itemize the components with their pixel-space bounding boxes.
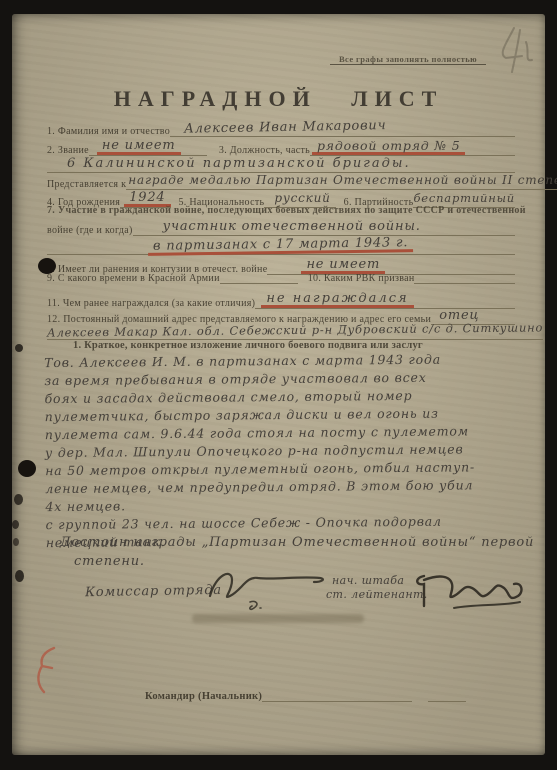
- rank-value: не имеет: [97, 139, 181, 155]
- field-row-name: 1. Фамилия имя и отчество Алексеев Иван …: [47, 118, 515, 137]
- field-row-army-rvk: 9. С какого времени в Красной Армии 10. …: [47, 271, 515, 284]
- nationality-value: русский: [274, 191, 330, 205]
- hole-punch: [38, 258, 56, 274]
- chief-of-staff-label: нач. штаба: [332, 574, 404, 587]
- name-value: Алексеев Иван Макарович: [170, 118, 387, 137]
- army-since-line: [220, 271, 298, 284]
- feat-line: пулемета сам. 9.6.44 года стоял на посту…: [45, 423, 469, 443]
- name-line: Алексеев Иван Макарович: [170, 118, 515, 137]
- feat-line: с группой 23 чел. на шоссе Себеж - Опочк…: [46, 514, 442, 533]
- duty-value: рядовой отряд № 5: [312, 140, 465, 156]
- field-row-address-2: Алексеев Макар Кал. обл. Себежский р-н Д…: [47, 321, 515, 340]
- presented-value: награде медалью Партизан Отечественной в…: [126, 173, 557, 187]
- paper-tear: [13, 538, 19, 546]
- commander-blank-line: [262, 690, 412, 702]
- feat-line: 4х немцев.: [45, 498, 125, 515]
- participation-line: участник отечественной войны.: [133, 217, 515, 236]
- feat-line: на 50 метров открыл пулеметный огонь, от…: [45, 459, 475, 479]
- feat-line: Тов. Алексеев И. М. в партизанах с марта…: [44, 352, 441, 371]
- feat-line: у дер. Мал. Шипули Опочецкого р-на подпу…: [45, 441, 464, 461]
- commissar-signature: [202, 562, 332, 614]
- partisan-since-line: в партизанах с 17 марта 1943 г.: [47, 235, 515, 255]
- army-since-label: 9. С какого времени в Красной Армии: [47, 273, 220, 284]
- participation-label-1: 7. Участие в гражданской войне, последую…: [47, 205, 526, 216]
- paper-tear: [12, 520, 19, 529]
- red-pencil-mark: [26, 642, 62, 696]
- paper-tear: [15, 570, 24, 582]
- feat-line: за время пребывания в отряде участвовал …: [44, 370, 426, 389]
- address-line-2: Алексеев Макар Кал. обл. Себежский р-н Д…: [47, 321, 543, 340]
- field-row-participation-1: 7. Участие в гражданской войне, последую…: [47, 205, 515, 216]
- brigade-value: 6 Калининской партизанской бригады.: [47, 156, 411, 171]
- feat-line: боях и засадах действовал смело, вторый …: [44, 388, 412, 407]
- rvk-label: 10. Каким РВК призван: [308, 273, 415, 284]
- partisan-since-value: в партизанах с 17 марта 1943 г.: [148, 236, 414, 256]
- rvk-line: [414, 271, 515, 284]
- merit-statement-1: Достоин награды „Партизан Отечественной …: [60, 535, 534, 550]
- award-sheet-scan: { "note": "Все графы заполнять полностью…: [0, 0, 557, 770]
- ghost-stamp: [192, 614, 364, 623]
- chief-of-staff-signature: [410, 566, 528, 622]
- party-value: беспартийный: [413, 191, 515, 205]
- fill-all-fields-note: Все графы заполнять полностью: [330, 54, 486, 65]
- merit-statement-2: степени.: [74, 554, 145, 569]
- commander-row: Командир (Начальник): [145, 690, 466, 702]
- address-value-2: Алексеев Макар Кал. обл. Себежский р-н Д…: [47, 320, 543, 339]
- field-row-participation-2: войне (где и когда) участник отечественн…: [47, 217, 515, 236]
- paper: Все графы заполнять полностью НАГРАДНОЙ …: [12, 14, 545, 755]
- commander-label: Командир (Начальник): [145, 691, 262, 702]
- commander-blank-line-2: [428, 690, 466, 702]
- feat-line: пулеметчика, быстро заряжал диски и вел …: [45, 406, 439, 425]
- field-row-rank-duty: 2. Звание не имеет 3. Должность, часть р…: [47, 136, 515, 156]
- form-title: НАГРАДНОЙ ЛИСТ: [12, 86, 545, 112]
- hole-punch: [18, 460, 36, 477]
- feat-description: Тов. Алексеев И. М. в партизанах с марта…: [44, 350, 524, 552]
- pencil-page-mark: [482, 22, 542, 82]
- paper-tear: [14, 494, 23, 505]
- feat-line: ление немцев, чем предупредил отряд. В э…: [45, 477, 473, 497]
- participation-value: участник отечественной войны.: [133, 219, 421, 234]
- hole-punch-small: [15, 344, 23, 352]
- field-row-partisan-since: в партизанах с 17 марта 1943 г.: [47, 235, 515, 255]
- rank-line: не имеет: [89, 136, 207, 156]
- feat-section-heading: 1. Краткое, конкретное изложение личного…: [47, 340, 515, 351]
